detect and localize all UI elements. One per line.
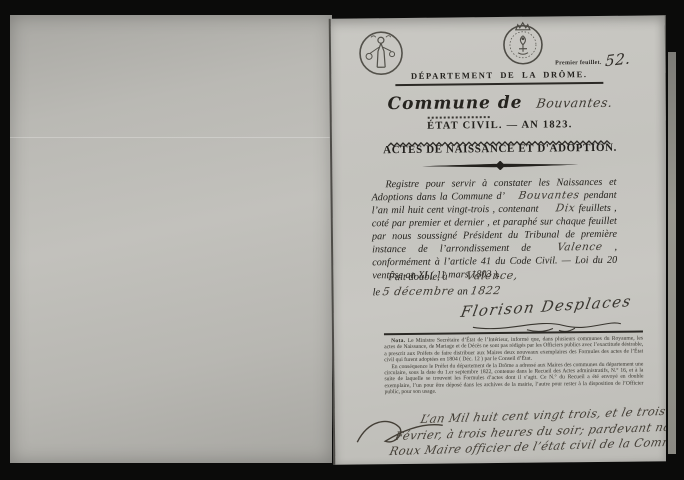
handwritten-act-opening: L’an Mil huit cent vingt trois, et le tr…: [380, 404, 657, 460]
fait-year-handwritten: 1822: [469, 284, 501, 298]
register-paragraph: Registre pour servir à constater les Nai…: [371, 176, 617, 283]
fait-date-handwritten: 5 décembre: [382, 284, 456, 299]
dotted-rule: [428, 116, 490, 119]
folio-annotation: Premier feuillet. 52.: [555, 53, 659, 66]
etat-civil-line: ÉTAT CIVIL. — AN 1823.: [374, 119, 626, 133]
department-title: DÉPARTEMENT DE LA DRÔME.: [373, 69, 625, 82]
heading-rule: [395, 82, 603, 86]
crowned-royal-seal-icon: [497, 17, 550, 75]
ornamental-rule: [422, 156, 578, 176]
fait-printed-2: le: [372, 287, 380, 298]
nota-fine-print: Nota. Le Ministre Secrétaire d’État de l…: [384, 336, 644, 396]
sheet-count-handwritten: Dix: [541, 202, 576, 215]
scanned-register-page: Premier feuillet. 52. DÉPARTEMENT DE LA …: [0, 0, 684, 480]
blank-facing-page: [10, 15, 332, 463]
department-heading: DÉPARTEMENT DE LA DRÔME.: [373, 69, 625, 87]
folio-label: Premier feuillet.: [555, 60, 602, 66]
fait-printed-1: Fait double, à: [388, 272, 447, 284]
page-block-edge: [668, 52, 676, 454]
commune-line: Commune de Bouvantes.: [387, 92, 637, 115]
commune-name-handwritten: Bouvantes.: [535, 95, 613, 111]
fait-printed-3: an: [457, 286, 468, 297]
page-crease: [10, 137, 332, 138]
commune-label: Commune de: [387, 93, 522, 114]
document-page: Premier feuillet. 52. DÉPARTEMENT DE LA …: [329, 15, 672, 465]
nota-text-1: Le Ministre Secrétaire d’État de l’Intér…: [384, 336, 643, 364]
city-handwritten: Valence: [542, 241, 603, 255]
nota-paragraph-2: En conséquence le Préfet du département …: [384, 361, 643, 396]
book-edge: [666, 0, 684, 480]
nota-paragraph-1: Nota. Le Ministre Secrétaire d’État de l…: [384, 336, 643, 364]
commune-handwritten: Bouvantes: [504, 189, 581, 203]
acts-title: ACTES DE NAISSANCE ET D'ADOPTION.: [364, 142, 636, 157]
folio-number-handwritten: 52.: [604, 52, 630, 67]
fait-place-handwritten: Valence,: [449, 269, 519, 284]
